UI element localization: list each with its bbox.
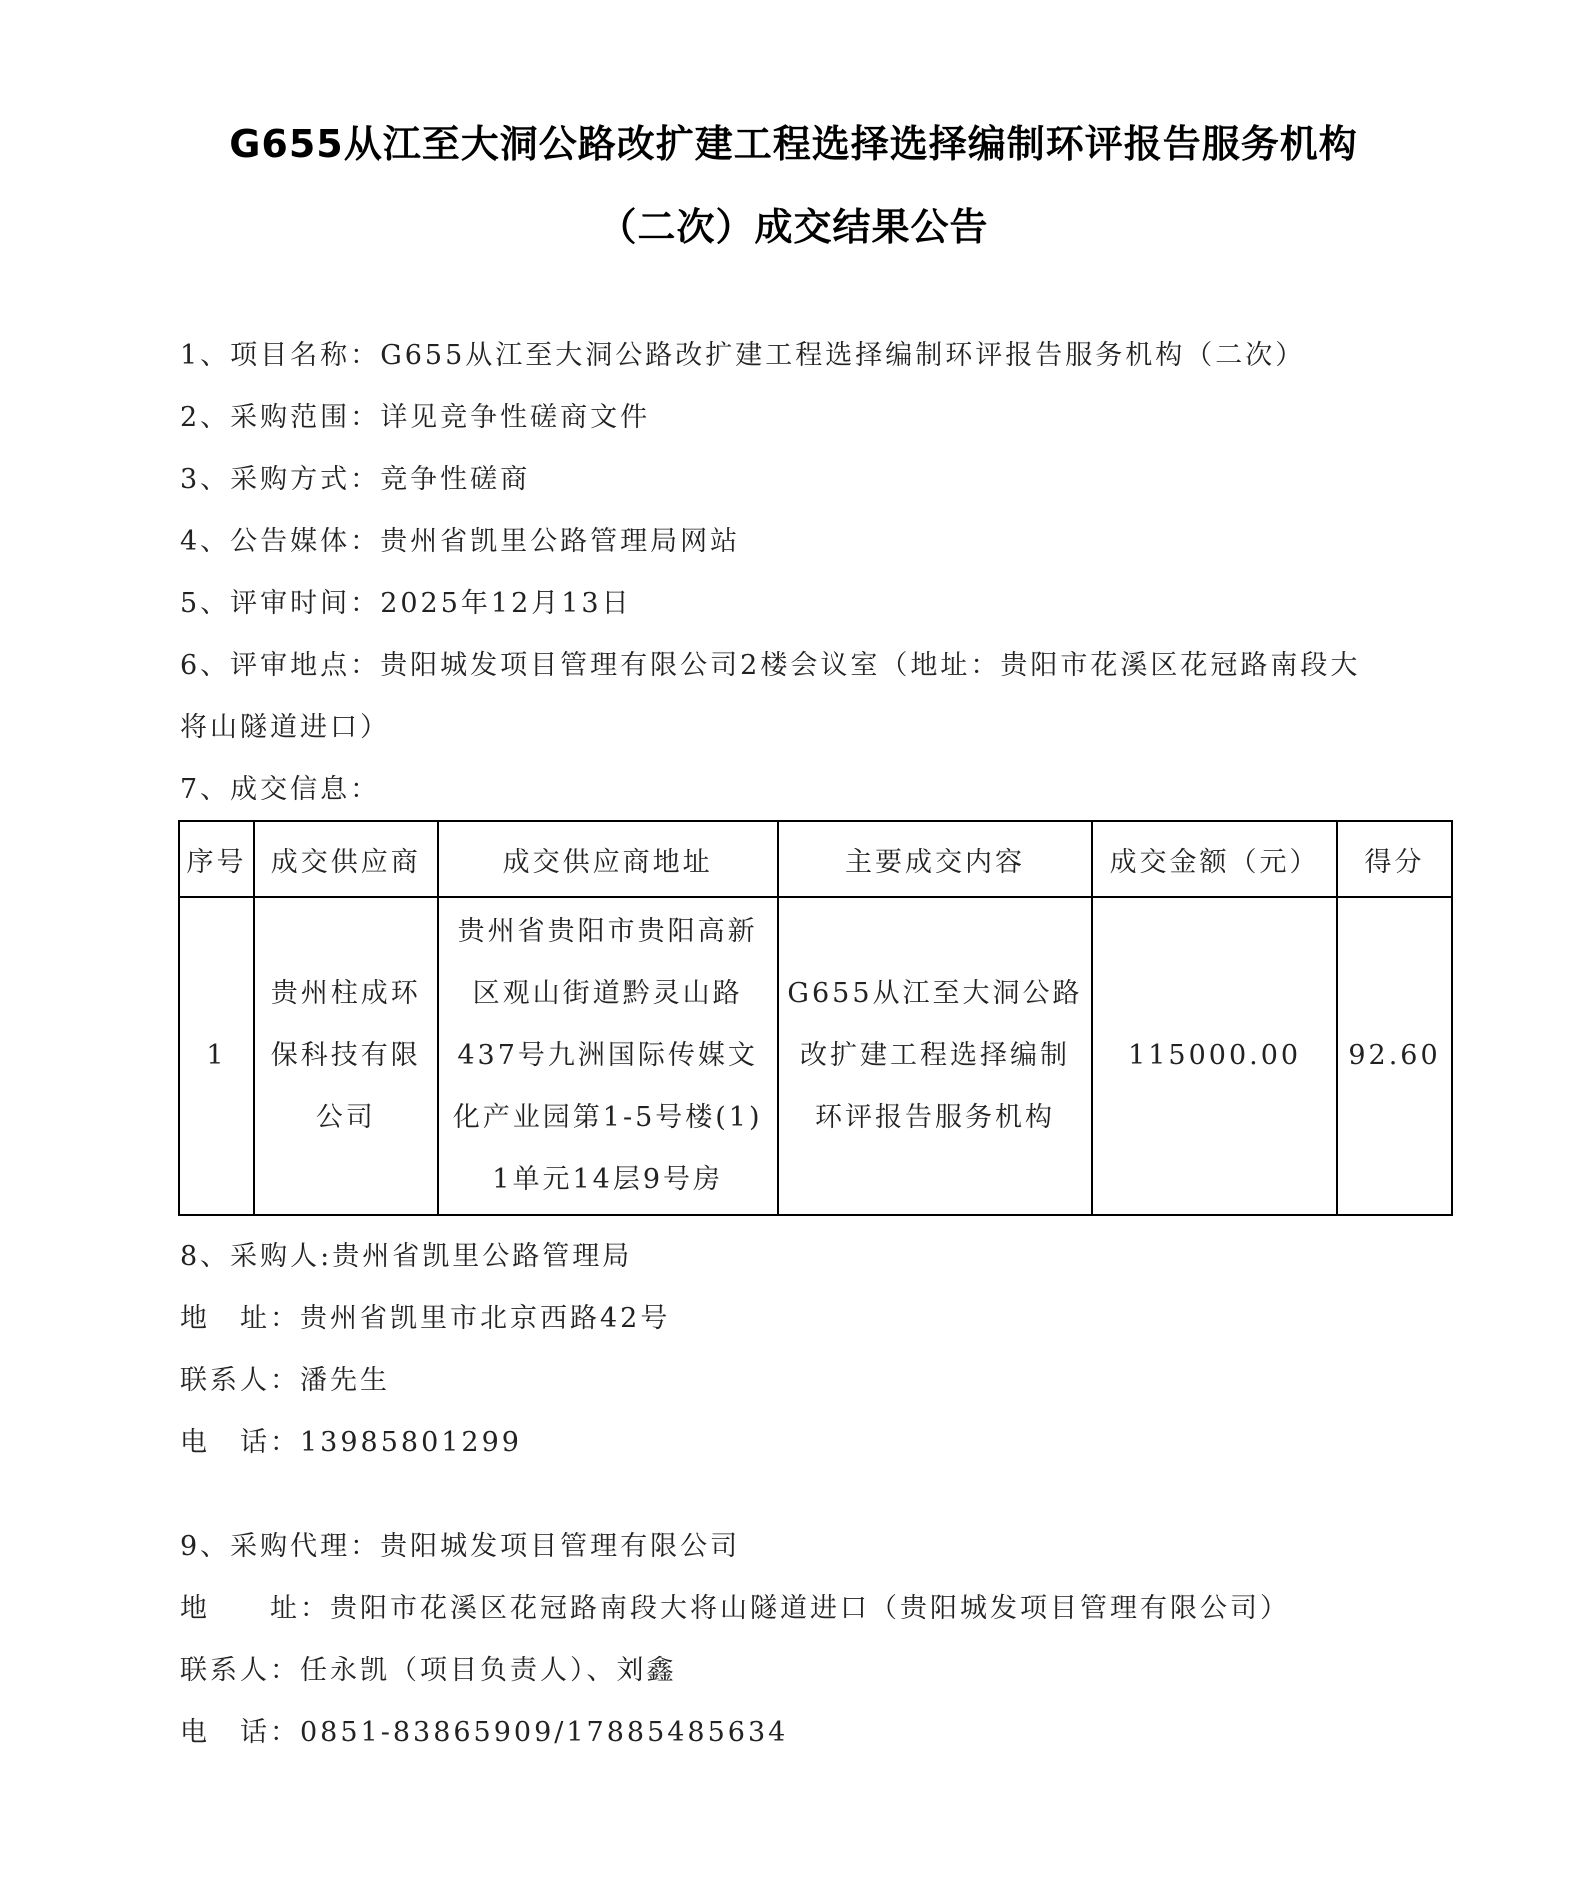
item-value: 详见竞争性磋商文件 [380,402,650,433]
agent-heading: 9、采购代理：贵阳城发项目管理有限公司 [180,1524,740,1563]
address-line: 区观山街道黔灵山路 [445,963,771,1025]
item-label: 6、评审地点： [180,650,380,681]
item-value: 2025年12月13日 [380,588,631,619]
item-value: G655从江至大洞公路改扩建工程选择编制环评报告服务机构（二次） [380,340,1305,371]
cell-supplier-address: 贵州省贵阳市贵阳高新 区观山街道黔灵山路 437号九洲国际传媒文 化产业园第1-… [438,897,778,1215]
purchaser-address-value: 贵州省凯里市北京西路42号 [300,1303,670,1334]
agent-phone-value: 0851-83865909/17885485634 [300,1717,788,1748]
item-label: 4、公告媒体： [180,526,380,557]
agent-address-label: 地 址： [180,1593,330,1624]
content-line: 改扩建工程选择编制 [785,1025,1085,1087]
purchaser-address-label: 地 址： [180,1303,300,1334]
item-label: 5、评审时间： [180,588,380,619]
agent-address: 地 址：贵阳市花溪区花冠路南段大将山隧道进口（贵阳城发项目管理有限公司） [180,1586,1290,1625]
cell-amount: 115000.00 [1092,897,1337,1215]
cell-score: 92.60 [1337,897,1452,1215]
deal-table: 序号 成交供应商 成交供应商地址 主要成交内容 成交金额（元） 得分 1 贵州柱… [178,820,1453,1216]
agent-contact: 联系人：任永凯（项目负责人）、刘鑫 [180,1648,677,1687]
document-title-line-2: （二次）成交结果公告 [0,196,1587,251]
content-line: G655从江至大洞公路 [785,963,1085,1025]
purchaser-contact: 联系人：潘先生 [180,1358,390,1397]
agent-phone-label: 电 话： [180,1717,300,1748]
item-label: 3、采购方式： [180,464,380,495]
purchaser-contact-label: 联系人： [180,1365,300,1396]
purchaser-phone: 电 话：13985801299 [180,1420,522,1459]
table-header-row: 序号 成交供应商 成交供应商地址 主要成交内容 成交金额（元） 得分 [179,821,1452,897]
header-score: 得分 [1337,821,1452,897]
agent-contact-value: 任永凯（项目负责人）、刘鑫 [300,1655,677,1686]
item-review-location-cont: 将山隧道进口） [180,705,390,744]
address-line: 1单元14层9号房 [445,1149,771,1211]
item-label: 1、项目名称： [180,340,380,371]
agent-address-value: 贵阳市花溪区花冠路南段大将山隧道进口（贵阳城发项目管理有限公司） [330,1593,1290,1624]
purchaser-address: 地 址：贵州省凯里市北京西路42号 [180,1296,670,1335]
item-review-time: 5、评审时间：2025年12月13日 [180,581,632,620]
purchaser-heading: 8、采购人:贵州省凯里公路管理局 [180,1234,632,1273]
item-announcement-media: 4、公告媒体：贵州省凯里公路管理局网站 [180,519,740,558]
item-value: 贵阳城发项目管理有限公司2楼会议室（地址：贵阳市花溪区花冠路南段大 [380,650,1360,681]
agent-contact-label: 联系人： [180,1655,300,1686]
item-value: 贵州省凯里公路管理局网站 [380,526,740,557]
item-procurement-method: 3、采购方式：竞争性磋商 [180,457,530,496]
header-amount: 成交金额（元） [1092,821,1337,897]
table-row: 1 贵州柱成环 保科技有限 公司 贵州省贵阳市贵阳高新 区观山街道黔灵山路 43… [179,897,1452,1215]
address-line: 化产业园第1-5号楼(1) [445,1087,771,1149]
item-label: 2、采购范围： [180,402,380,433]
address-line: 437号九洲国际传媒文 [445,1025,771,1087]
item-procurement-scope: 2、采购范围：详见竞争性磋商文件 [180,395,650,434]
supplier-line: 保科技有限 [261,1025,431,1087]
purchaser-contact-value: 潘先生 [300,1365,390,1396]
item-value: 竞争性磋商 [380,464,530,495]
supplier-line: 贵州柱成环 [261,963,431,1025]
agent-phone: 电 话：0851-83865909/17885485634 [180,1710,788,1749]
cell-supplier: 贵州柱成环 保科技有限 公司 [254,897,438,1215]
document-title-line-1: G655从江至大洞公路改扩建工程选择选择编制环评报告服务机构 [0,113,1587,168]
item-project-name: 1、项目名称：G655从江至大洞公路改扩建工程选择编制环评报告服务机构（二次） [180,333,1305,372]
item-deal-info: 7、成交信息： [180,767,380,806]
header-main-content: 主要成交内容 [778,821,1092,897]
header-supplier: 成交供应商 [254,821,438,897]
content-line: 环评报告服务机构 [785,1087,1085,1149]
header-index: 序号 [179,821,254,897]
item-label: 7、成交信息： [180,774,380,805]
supplier-line: 公司 [261,1087,431,1149]
cell-index: 1 [179,897,254,1215]
purchaser-phone-value: 13985801299 [300,1427,522,1458]
purchaser-phone-label: 电 话： [180,1427,300,1458]
cell-main-content: G655从江至大洞公路 改扩建工程选择编制 环评报告服务机构 [778,897,1092,1215]
address-line: 贵州省贵阳市贵阳高新 [445,901,771,963]
item-review-location: 6、评审地点：贵阳城发项目管理有限公司2楼会议室（地址：贵阳市花溪区花冠路南段大 [180,643,1360,682]
header-supplier-address: 成交供应商地址 [438,821,778,897]
